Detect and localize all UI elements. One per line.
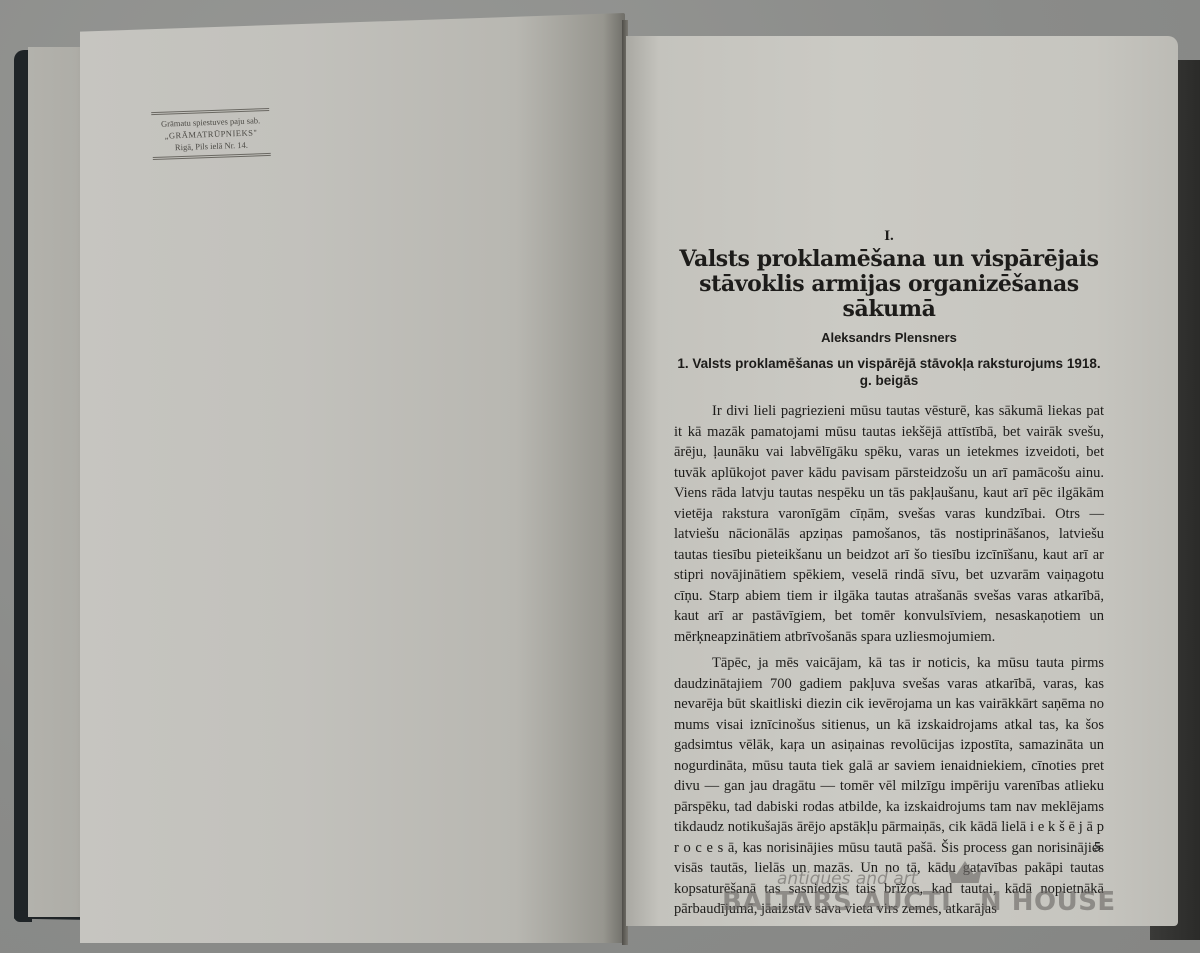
printer-stamp: Grāmatu spiestuves paju sab. „GRĀMATRŪPN…	[151, 108, 271, 160]
page-number: 5	[1094, 840, 1101, 856]
chapter-title: Valsts proklamēšana un vispārējais stāvo…	[674, 247, 1104, 322]
watermark-brand: BALTARS AUCTI N HOUSE	[722, 887, 1116, 917]
body-paragraph: Ir divi lieli pagriezieni mūsu tautas vē…	[674, 401, 1104, 647]
author-name: Aleksandrs Plensners	[674, 330, 1104, 345]
endpaper	[28, 47, 88, 917]
right-page-content: I. Valsts proklamēšana un vispārējais st…	[674, 228, 1104, 920]
chapter-number: I.	[674, 228, 1104, 245]
watermark-tagline: antiques and art	[777, 869, 917, 889]
section-title: 1. Valsts proklamēšanas un vispārējā stā…	[674, 355, 1104, 389]
